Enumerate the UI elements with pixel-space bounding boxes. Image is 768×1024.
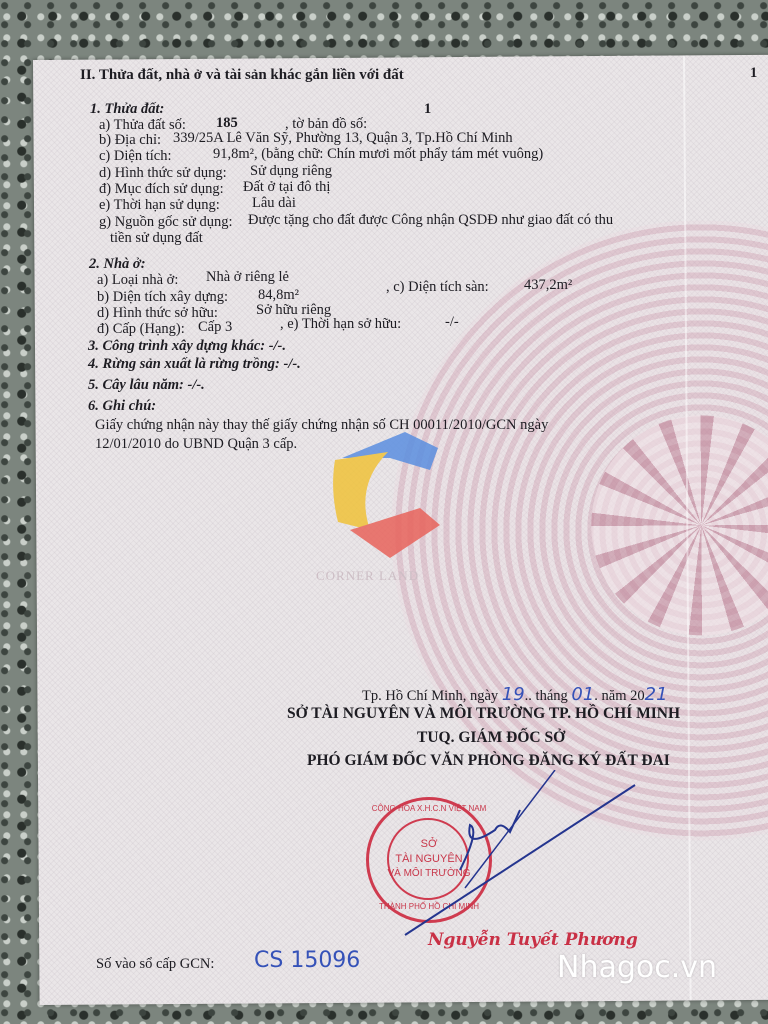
registry-label: Số vào sổ cấp GCN: [96,957,214,972]
land-purpose-label: đ) Mục đích sử dụng: [99,182,224,197]
land-map-value: 1 [424,102,431,117]
date-prefix: Tp. Hồ Chí Minh, ngày [362,688,498,704]
land-area-label: c) Diện tích: [99,149,171,164]
date-month-label: tháng [536,688,568,704]
corner-land-logo-icon [330,430,440,560]
land-address-value: 339/25A Lê Văn Sỹ, Phường 13, Quận 3, Tp… [173,131,513,146]
date-year-label: năm 20 [602,688,645,704]
house-type-label: a) Loại nhà ở: [97,273,178,288]
watermark: Nhagoc.vn [557,950,717,985]
item-other-constructions: 3. Công trình xây dựng khác: -/-. [88,339,286,354]
house-type-value: Nhà ở riêng lẻ [206,270,289,285]
signer-name: Nguyễn Tuyết Phương [428,930,638,950]
land-use-form-label: d) Hình thức sử dụng: [99,166,227,181]
house-build-area-label: b) Diện tích xây dựng: [97,290,228,305]
house-floor-area-value: 437,2m² [524,278,572,293]
house-heading: 2. Nhà ở: [89,257,146,272]
land-use-form-value: Sử dụng riêng [250,164,332,179]
signing-date-line: Tp. Hồ Chí Minh, ngày 19.. tháng 01. năm… [362,686,668,704]
notes-heading: 6. Ghi chú: [88,399,156,414]
land-origin-label: g) Nguồn gốc sử dụng: [99,215,233,230]
land-area-value: 91,8m², (bằng chữ: Chín mươi mốt phẩy tá… [213,147,543,162]
signature-icon [400,770,650,950]
registry-value: CS 15096 [254,950,360,972]
house-floor-area-label: , c) Diện tích sàn: [386,280,489,295]
land-parcel-value: 185 [216,116,238,131]
date-year: 21 [645,684,668,705]
house-grade-value: Cấp 3 [198,320,232,335]
date-month: 01 [571,684,594,705]
house-term-value: -/- [445,315,459,330]
signing-position: PHÓ GIÁM ĐỐC VĂN PHÒNG ĐĂNG KÝ ĐẤT ĐAI [307,753,670,769]
land-origin-value-2: tiền sử dụng đất [110,231,203,246]
section-title: II. Thửa đất, nhà ở và tài sản khác gắn … [80,68,404,83]
date-day: 19 [502,684,525,705]
land-address-label: b) Địa chỉ: [99,133,161,148]
land-heading: 1. Thửa đất: [90,102,164,117]
house-grade-label: đ) Cấp (Hạng): [97,322,185,337]
house-term-label: , e) Thời hạn sở hữu: [280,317,401,332]
item-perennial-trees: 5. Cây lâu năm: -/-. [88,378,205,393]
land-purpose-value: Đất ở tại đô thị [243,180,330,195]
land-term-value: Lâu dài [252,196,296,211]
signing-authority: SỞ TÀI NGUYÊN VÀ MÔI TRƯỜNG TP. HỒ CHÍ M… [287,706,680,722]
house-build-area-value: 84,8m² [258,288,299,303]
signing-on-behalf: TUQ. GIÁM ĐỐC SỞ [417,730,565,746]
logo-text: CORNER LAND [316,568,419,584]
notes-line-2: 12/01/2010 do UBND Quận 3 cấp. [95,437,297,452]
item-planted-forest: 4. Rừng sản xuất là rừng trồng: -/-. [88,357,301,372]
land-term-label: e) Thời hạn sử dụng: [99,198,220,213]
notes-line-1: Giấy chứng nhận này thay thế giấy chứng … [95,418,548,433]
page-marker: 1 [750,66,757,81]
land-origin-value-1: Được tặng cho đất được Công nhận QSDĐ nh… [248,213,613,228]
